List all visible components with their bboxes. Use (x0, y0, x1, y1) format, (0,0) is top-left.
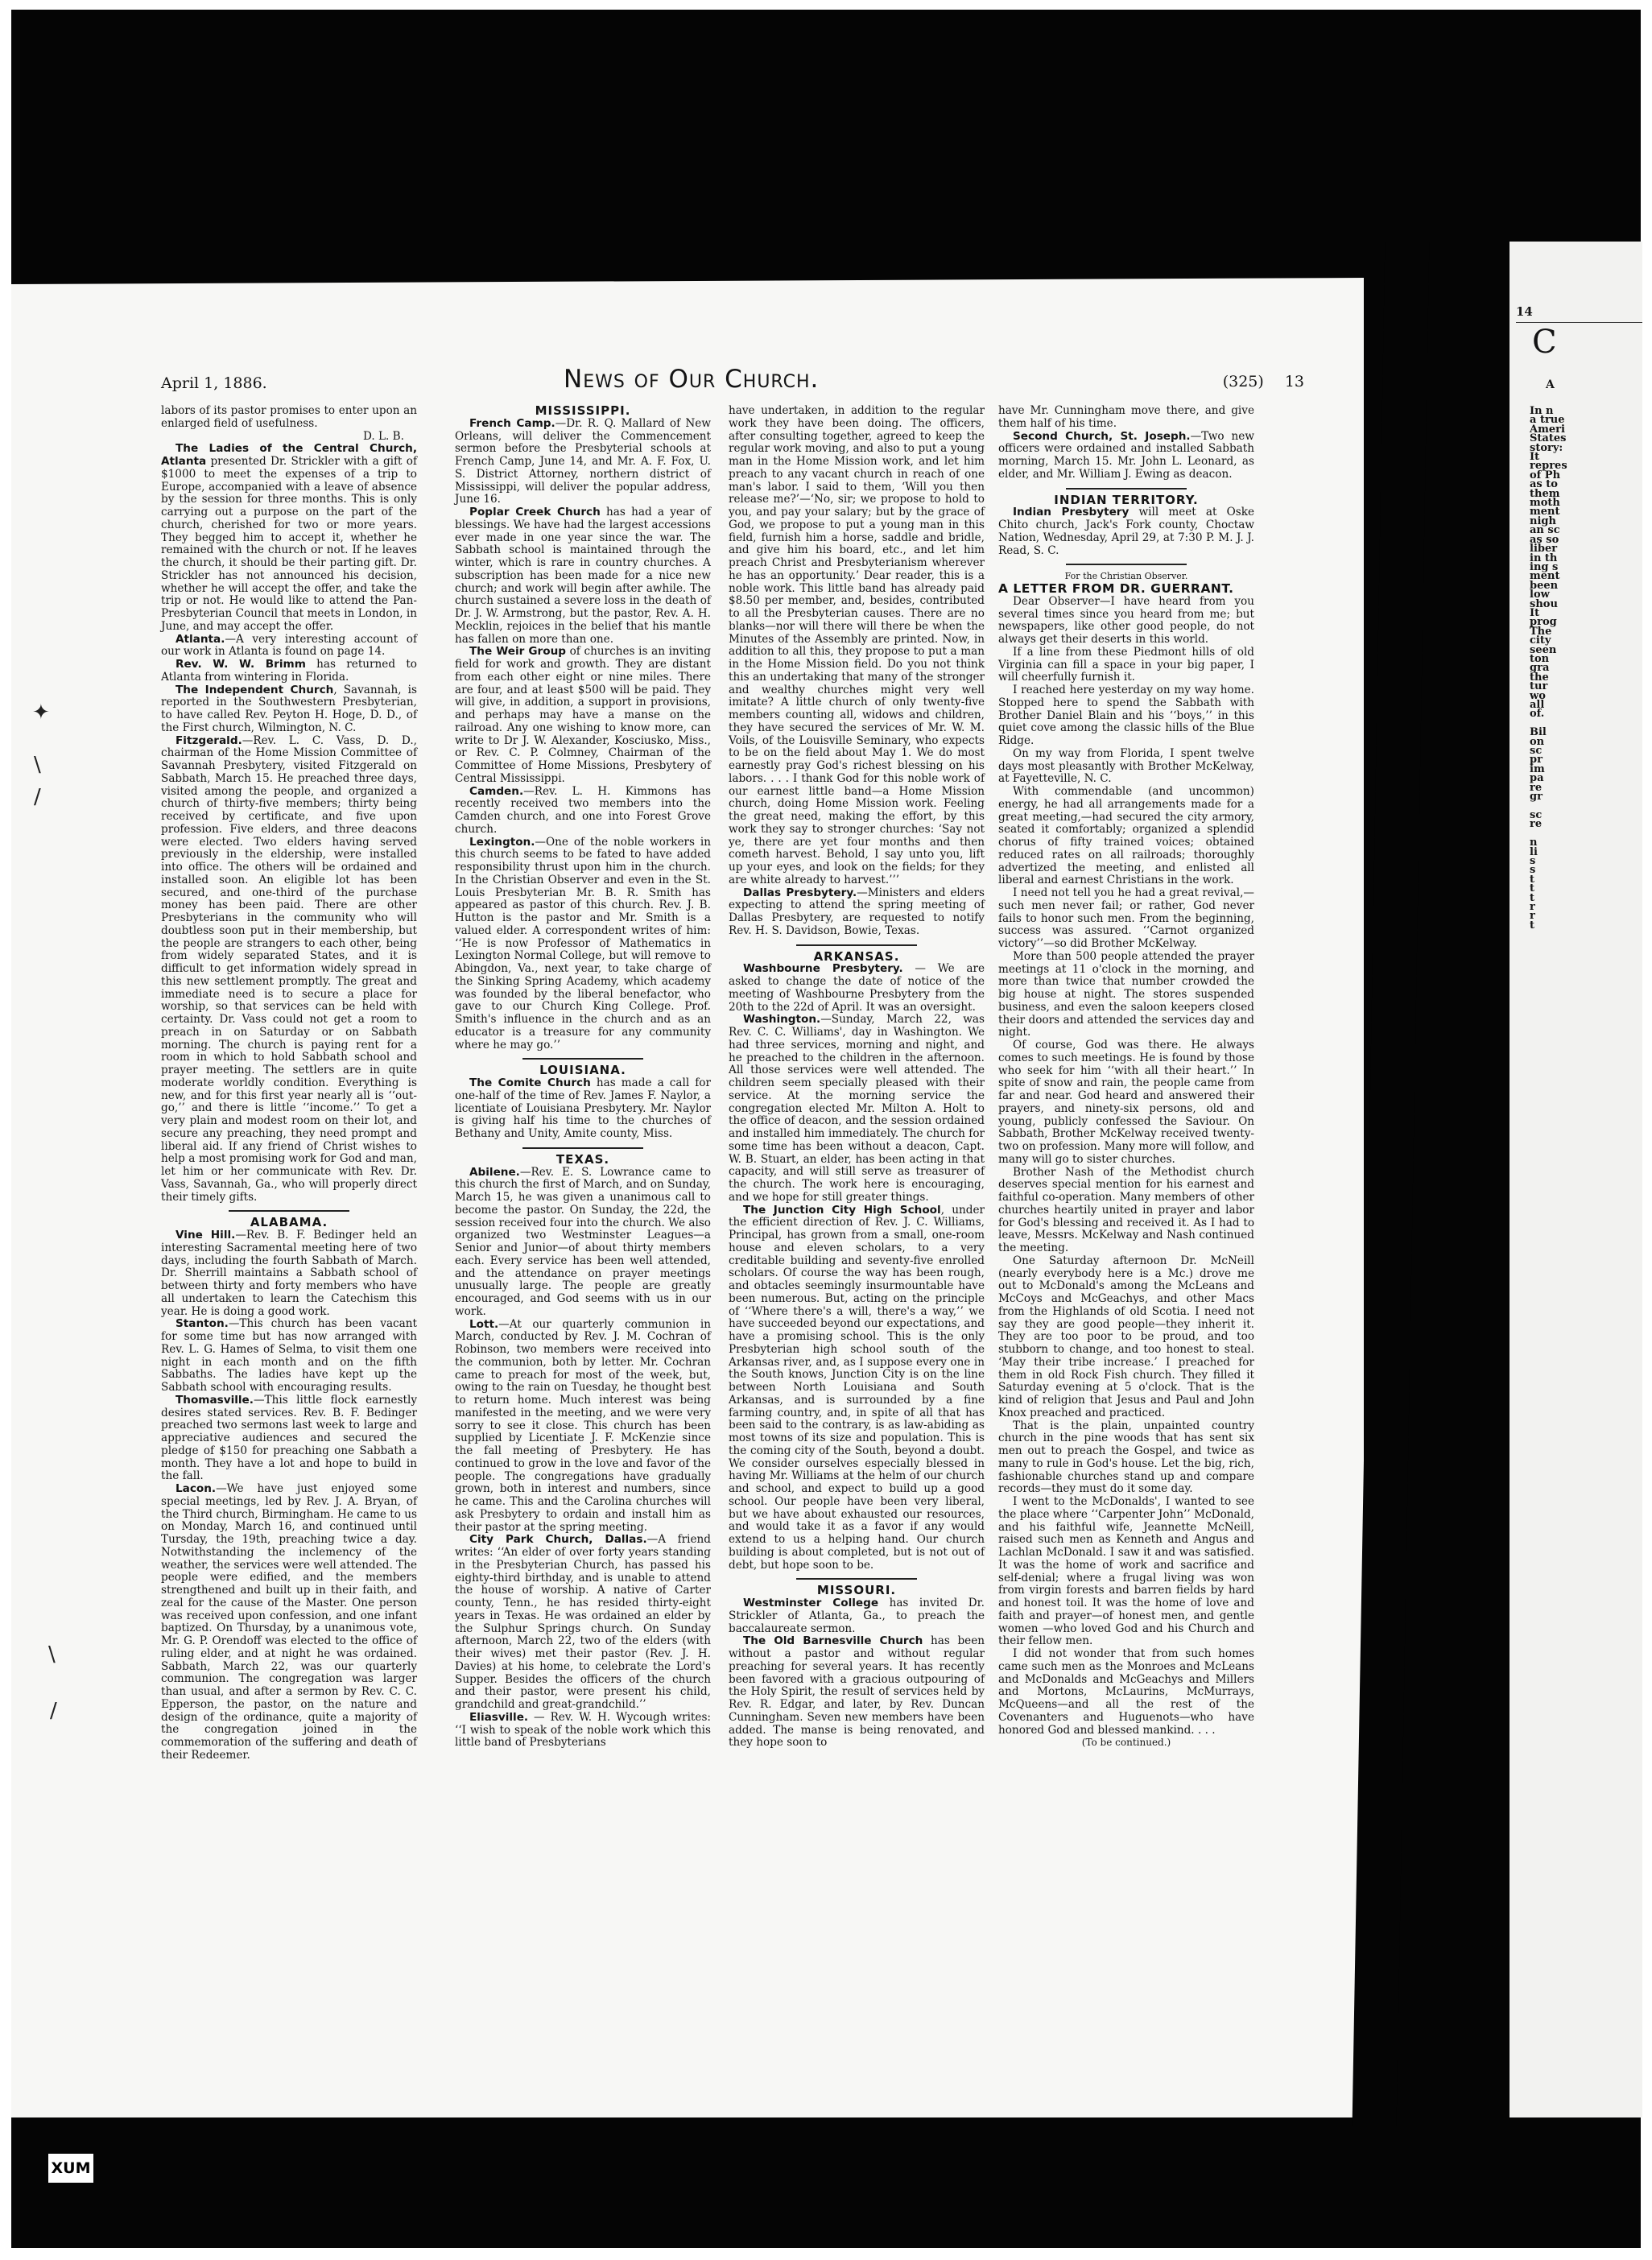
news-item-body: of churches is an inviting field for wor… (455, 645, 711, 785)
news-item-lead: Fitzgerald. (176, 734, 242, 747)
news-item: have Mr. Cunningham move there, and give… (998, 405, 1254, 431)
news-item: The Comite Church has made a call for on… (455, 1077, 711, 1141)
news-item: I went to the McDonalds', I wanted to se… (998, 1496, 1254, 1648)
news-item-body: labors of its pastor promises to enter u… (161, 404, 417, 430)
news-item-body: Brother Nash of the Methodist church des… (998, 1166, 1254, 1255)
article-title: A LETTER FROM DR. GUERRANT. (998, 583, 1254, 596)
section-divider (1066, 564, 1187, 565)
next-page-edge: 14 C A In n a true Ameri States story: I… (1510, 242, 1642, 2117)
news-item-lead: Stanton. (176, 1317, 229, 1330)
news-item: Dallas Presbytery.—Ministers and elders … (729, 887, 985, 938)
news-item-body: —Rev. B. F. Bedinger held an interesting… (161, 1229, 417, 1318)
section-divider (229, 1210, 349, 1212)
news-item: Dear Observer—I have heard from you seve… (998, 596, 1254, 647)
news-item: Fitzgerald.—Rev. L. C. Vass, D. D., chai… (161, 735, 417, 1204)
news-item-lead: The Weir Group (469, 645, 566, 658)
next-page-subtitle-fragment: A (1546, 378, 1555, 391)
section-heading: LOUISIANA. (455, 1064, 711, 1077)
news-item: One Saturday afternoon Dr. McNeill (near… (998, 1255, 1254, 1420)
news-item: City Park Church, Dallas.—A friend write… (455, 1534, 711, 1712)
section-heading: ARKANSAS. (729, 951, 985, 964)
news-item: Thomasville.—This little flock earnestly… (161, 1394, 417, 1483)
news-item-lead: Westminster College (743, 1597, 878, 1609)
section-divider (796, 944, 917, 946)
news-item-body: —Rev. L. C. Vass, D. D., chairman of the… (161, 734, 417, 1204)
news-item: I need not tell you he had a great reviv… (998, 887, 1254, 951)
news-item-lead: Lexington. (469, 836, 535, 849)
news-item: Of course, God was there. He always come… (998, 1039, 1254, 1167)
section-divider (522, 1147, 643, 1149)
section-divider (1066, 488, 1187, 490)
news-item-body: —Rev. E. S. Lowrance came to this church… (455, 1166, 711, 1318)
news-item-lead: Thomasville. (176, 1394, 254, 1407)
news-item-lead: The Comite Church (469, 1076, 591, 1089)
news-item-lead: The Junction City High School (743, 1204, 941, 1217)
news-item: The Independent Church, Savannah, is rep… (161, 684, 417, 735)
news-item: Indian Presbytery will meet at Oske Chit… (998, 506, 1254, 557)
news-item-body: —Sunday, March 22, was Rev. C. C. Willia… (729, 1013, 985, 1204)
news-item-lead: Washbourne Presbytery. (743, 962, 903, 975)
section-heading: TEXAS. (455, 1154, 711, 1167)
news-item-body: I reached here yesterday on my way home.… (998, 684, 1254, 747)
margin-mark: \ (48, 1642, 56, 1667)
news-item-lead: Lott. (469, 1318, 498, 1331)
news-item-body: I went to the McDonalds', I wanted to se… (998, 1495, 1254, 1647)
news-item: Stanton.—This church has been vacant for… (161, 1318, 417, 1394)
news-item-lead: Second Church, St. Joseph. (1013, 430, 1191, 443)
section-divider (522, 1058, 643, 1060)
news-item-body: On my way from Florida, I spent twelve d… (998, 747, 1254, 786)
news-item: Westminster College has invited Dr. Stri… (729, 1597, 985, 1635)
section-heading: ALABAMA. (161, 1217, 417, 1229)
section-heading: INDIAN TERRITORY. (998, 494, 1254, 507)
news-item-body: , under the efficient direction of Rev. … (729, 1204, 985, 1572)
news-item-lead: Abilene. (469, 1166, 520, 1179)
news-item-lead: Eliasville. (469, 1711, 528, 1724)
margin-mark: / (34, 785, 41, 809)
next-page-rule (1516, 322, 1642, 323)
page-number: (325) 13 (1223, 373, 1304, 390)
news-item-lead: Poplar Creek Church (469, 506, 601, 519)
page-header: April 1, 1886. News of Our Church. (325)… (161, 366, 1312, 399)
news-item-body: have Mr. Cunningham move there, and give… (998, 404, 1254, 430)
news-item: Lexington.—One of the noble workers in t… (455, 837, 711, 1052)
news-item-lead: The Old Barnesville Church (743, 1634, 923, 1647)
next-page-text-fragments: In n a true Ameri States story: It repre… (1530, 407, 1567, 930)
news-item: have undertaken, in addition to the regu… (729, 405, 985, 887)
news-item: On my way from Florida, I spent twelve d… (998, 748, 1254, 786)
microfilm-bottom-band (11, 2126, 1641, 2246)
news-item: Rev. W. W. Brimm has returned to Atlanta… (161, 659, 417, 684)
news-item: Vine Hill.—Rev. B. F. Bedinger held an i… (161, 1229, 417, 1318)
page-title: News of Our Church. (564, 365, 819, 394)
section-divider (796, 1578, 917, 1580)
news-item-body: More than 500 people attended the prayer… (998, 950, 1254, 1039)
continued-note: (To be continued.) (998, 1737, 1254, 1750)
news-item-body: have undertaken, in addition to the regu… (729, 404, 985, 886)
margin-mark: \ (34, 753, 41, 777)
news-item-lead: Washington. (743, 1013, 820, 1026)
news-item: Eliasville. — Rev. W. H. Wycough writes:… (455, 1712, 711, 1750)
news-item-body: —This little flock earnestly desires sta… (161, 1394, 417, 1483)
news-item-body: —One of the noble workers in this church… (455, 836, 711, 1051)
news-item: Brother Nash of the Methodist church des… (998, 1167, 1254, 1255)
news-item-lead: Vine Hill. (176, 1229, 235, 1242)
news-item-body: I need not tell you he had a great reviv… (998, 886, 1254, 950)
news-item-body: —At our quarterly communion in March, co… (455, 1318, 711, 1534)
signature: D. L. B. (161, 431, 417, 444)
news-item: The Weir Group of churches is an invitin… (455, 646, 711, 785)
news-item-lead: Camden. (469, 785, 523, 798)
column-2: MISSISSIPPI.French Camp.—Dr. R. Q. Malla… (455, 405, 711, 1750)
news-item: If a line from these Piedmont hills of o… (998, 647, 1254, 684)
news-item: I reached here yesterday on my way home.… (998, 684, 1254, 748)
column-1: labors of its pastor promises to enter u… (161, 405, 417, 1762)
news-item-lead: Dallas Presbytery. (743, 886, 857, 899)
news-item-body: —A friend writes: ‘‘An elder of over for… (455, 1533, 711, 1711)
news-item-body: One Saturday afternoon Dr. McNeill (near… (998, 1254, 1254, 1419)
section-heading: MISSISSIPPI. (455, 405, 711, 418)
section-heading: MISSOURI. (729, 1584, 985, 1597)
news-item: labors of its pastor promises to enter u… (161, 405, 417, 431)
news-item-lead: French Camp. (469, 417, 555, 430)
news-item: Abilene.—Rev. E. S. Lowrance came to thi… (455, 1167, 711, 1319)
news-item-lead: City Park Church, Dallas. (469, 1533, 647, 1546)
news-item: The Ladies of the Central Church, Atlant… (161, 443, 417, 633)
news-item-lead: Indian Presbytery (1013, 506, 1129, 519)
news-item-body: presented Dr. Strickler with a gift of $… (161, 455, 417, 633)
news-item-body: If a line from these Piedmont hills of o… (998, 646, 1254, 684)
news-item-lead: Rev. W. W. Brimm (176, 658, 306, 671)
column-3: have undertaken, in addition to the regu… (729, 405, 985, 1750)
news-item: I did not wonder that from such homes ca… (998, 1648, 1254, 1737)
news-item-body: —We have just enjoyed some special meeti… (161, 1482, 417, 1762)
news-item-body: I did not wonder that from such homes ca… (998, 1647, 1254, 1737)
news-item: With commendable (and uncommon) energy, … (998, 786, 1254, 887)
news-item: More than 500 people attended the prayer… (998, 951, 1254, 1039)
news-item: The Junction City High School, under the… (729, 1204, 985, 1572)
news-item: Second Church, St. Joseph.—Two new offic… (998, 431, 1254, 481)
next-page-title-fragment: C (1532, 324, 1557, 361)
news-item-body: has had a year of blessings. We have had… (455, 506, 711, 646)
news-item-body: Of course, God was there. He always come… (998, 1039, 1254, 1166)
column-4: have Mr. Cunningham move there, and give… (998, 405, 1254, 1750)
news-item-lead: Atlanta. (176, 633, 225, 646)
news-item: Washbourne Presbytery. — We are asked to… (729, 963, 985, 1014)
news-item: French Camp.—Dr. R. Q. Mallard of New Or… (455, 418, 711, 506)
news-item: The Old Barnesville Church has been with… (729, 1635, 985, 1750)
news-item-body: has been without a pastor and without re… (729, 1634, 985, 1749)
next-page-number: 14 (1516, 304, 1533, 319)
issue-date: April 1, 1886. (161, 374, 267, 392)
news-item: Lacon.—We have just enjoyed some special… (161, 1483, 417, 1762)
margin-mark: ✦ (32, 700, 50, 725)
reel-label: XUM (48, 2154, 93, 2183)
news-item-body: With commendable (and uncommon) energy, … (998, 785, 1254, 886)
news-item: Atlanta.—A very interesting account of o… (161, 634, 417, 659)
news-item-lead: The Independent Church (176, 684, 333, 696)
news-item: Lott.—At our quarterly communion in Marc… (455, 1319, 711, 1535)
news-item-lead: Lacon. (176, 1482, 216, 1495)
news-item: Camden.—Rev. L. H. Kimmons has recently … (455, 786, 711, 837)
news-item-body: —Dr. R. Q. Mallard of New Orleans, will … (455, 417, 711, 506)
news-item: Washington.—Sunday, March 22, was Rev. C… (729, 1014, 985, 1204)
news-item: Poplar Creek Church has had a year of bl… (455, 506, 711, 646)
margin-mark: / (50, 1699, 57, 1723)
news-item-body: That is the plain, unpainted country chu… (998, 1419, 1254, 1496)
news-item-body: Dear Observer—I have heard from you seve… (998, 595, 1254, 646)
news-item: That is the plain, unpainted country chu… (998, 1420, 1254, 1497)
